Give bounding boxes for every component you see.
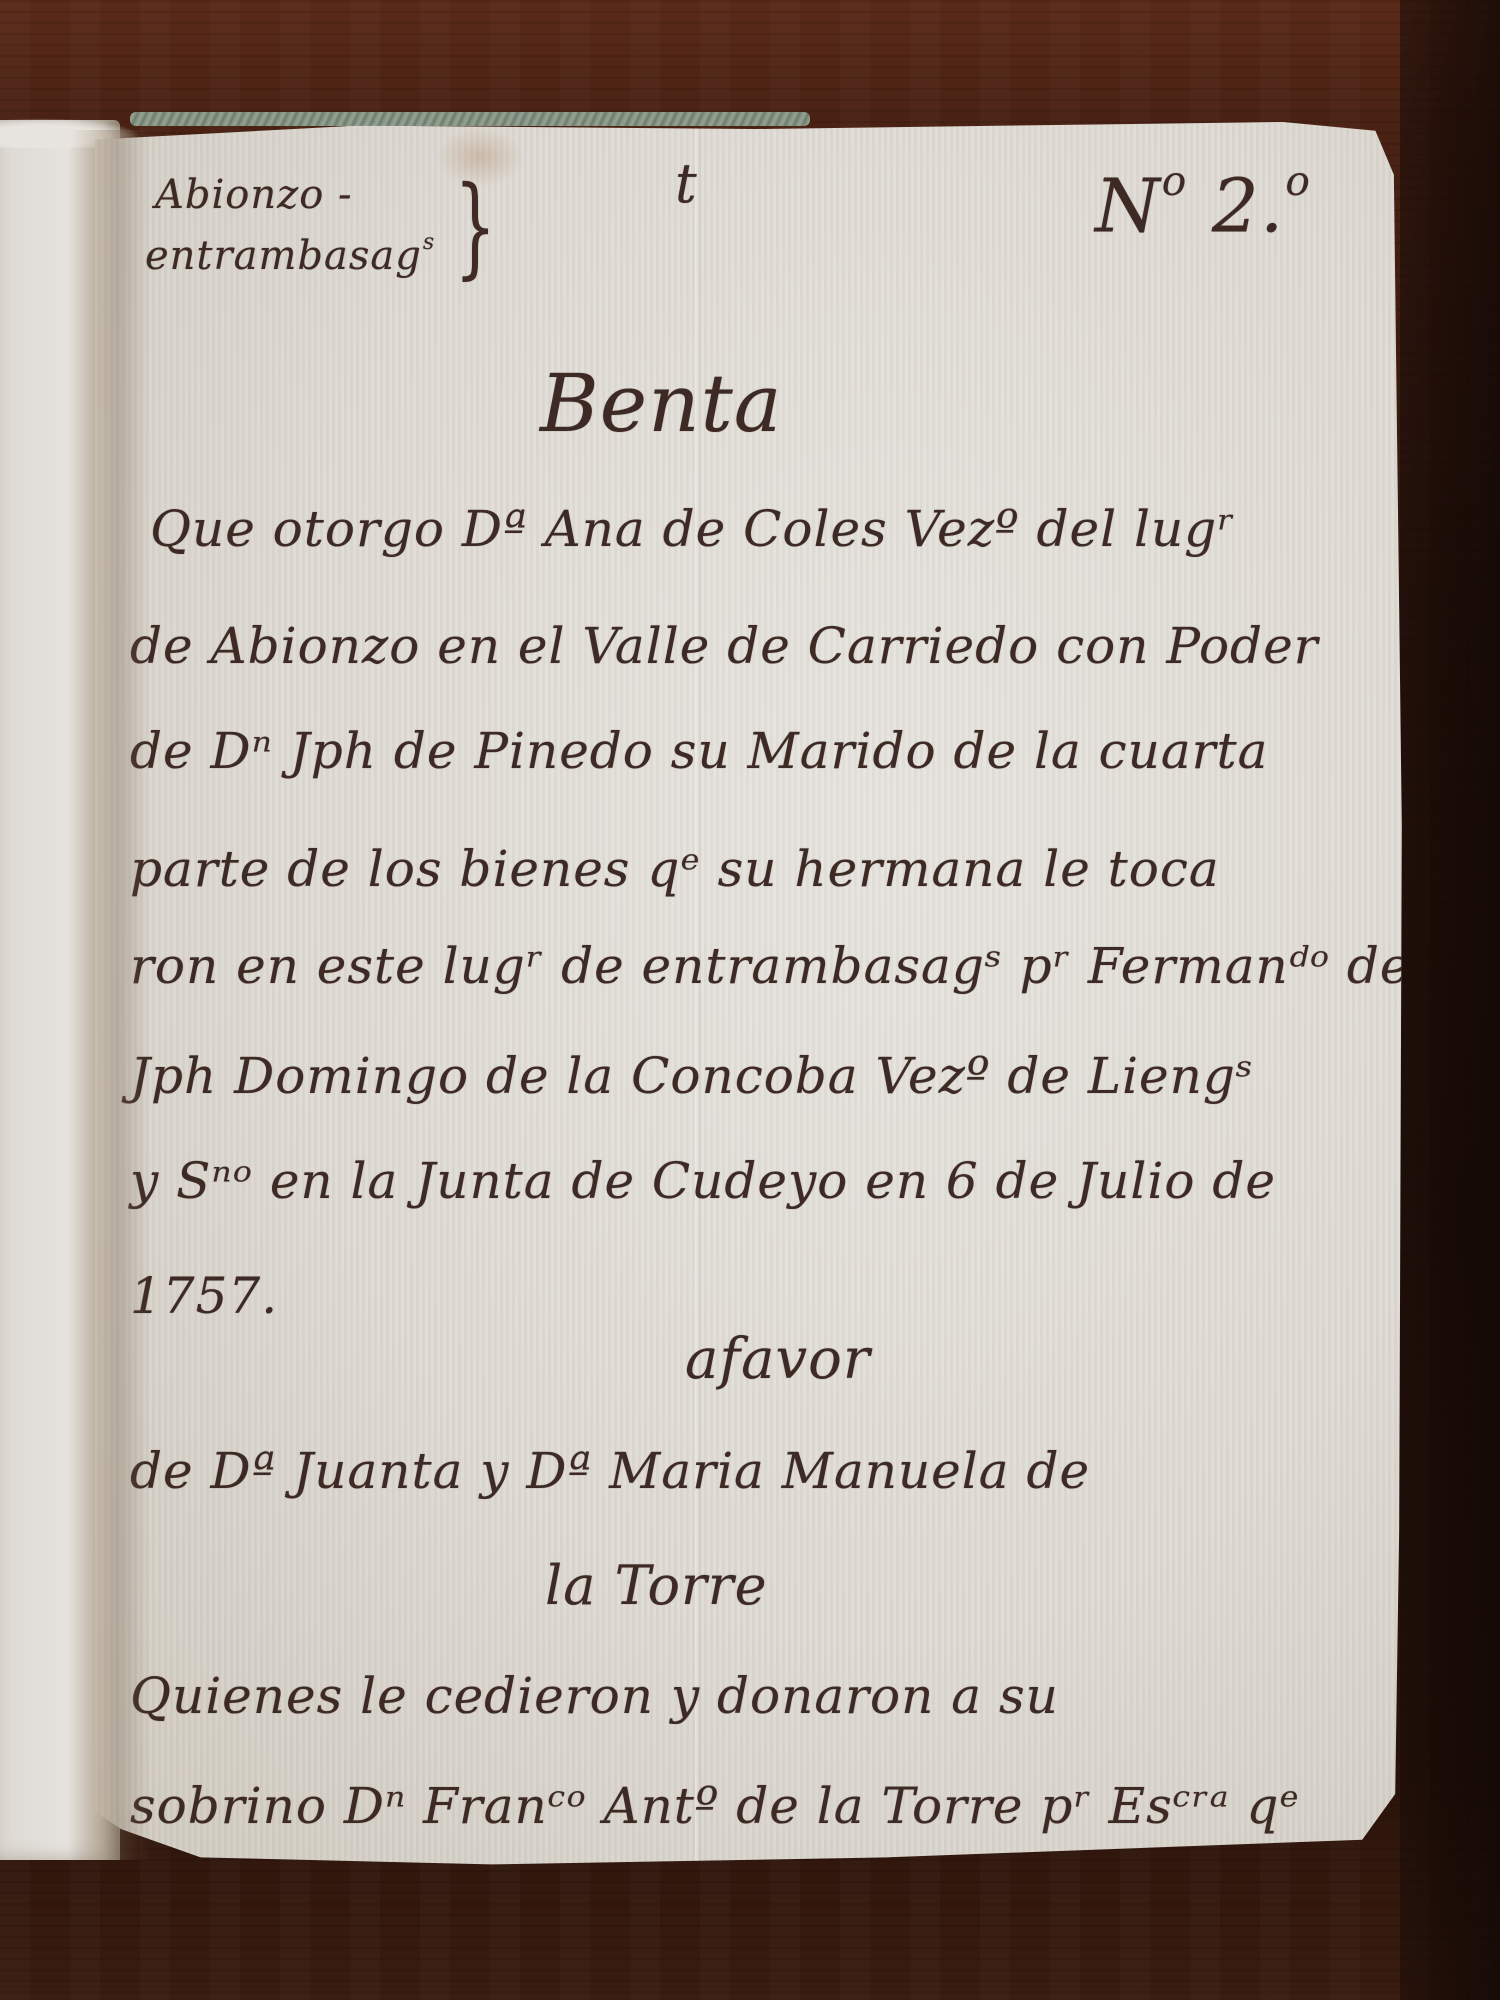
body-line-year: 1757.: [130, 1267, 278, 1325]
cross-mark: t: [675, 152, 698, 215]
binding-thread: [130, 112, 810, 126]
book-spine-fold: [70, 130, 150, 1860]
footnote-line-1: otorgaron en 19 de febʳᵒ de 1774 pʳ test…: [145, 1874, 1091, 1912]
margin-note-place-entrambasaguas: entrambasags: [145, 230, 435, 279]
margin-bracket-icon: }: [454, 162, 497, 290]
closing-line-2: sobrino Dⁿ Franᶜᵒ Antº de la Torre pʳ Es…: [130, 1777, 1300, 1835]
body-line-5: ron en este lugʳ de entrambasagˢ pʳ Ferm…: [130, 937, 1410, 995]
body-line-4: parte de los bienes qᵉ su hermana le toc…: [130, 840, 1220, 898]
margin-note-place-abionzo: Abionzo -: [155, 172, 353, 218]
document-number: No 2.o: [1095, 157, 1311, 250]
body-line-1: Que otorgo Dª Ana de Coles Vezº del lugʳ: [150, 500, 1236, 558]
afavor-heading: afavor: [685, 1327, 871, 1392]
wooden-table-background: [1400, 0, 1500, 2000]
footnote-tail: Cna: [1225, 1907, 1308, 1953]
closing-line-1: Quienes le cedieron y donaron a su: [130, 1667, 1059, 1725]
manuscript-page: Abionzo - entrambasags } t No 2.o Benta …: [95, 122, 1415, 1882]
body-line-6: Jph Domingo de la Concoba Vezº de Liengˢ: [130, 1047, 1254, 1105]
document-title: Benta: [540, 357, 783, 450]
beneficiaries-surname: la Torre: [545, 1554, 768, 1617]
body-line-3: de Dⁿ Jph de Pinedo su Marido de la cuar…: [130, 722, 1268, 780]
body-line-2: de Abionzo en el Valle de Carriedo con P…: [130, 617, 1319, 675]
body-line-7: y Sⁿᵒ en la Junta de Cudeyo en 6 de Juli…: [130, 1152, 1276, 1210]
footnote-line-2: qᵉ sigue al fin de este quaderno: [140, 1922, 670, 1960]
beneficiaries-line: de Dª Juanta y Dª Maria Manuela de: [130, 1442, 1090, 1500]
